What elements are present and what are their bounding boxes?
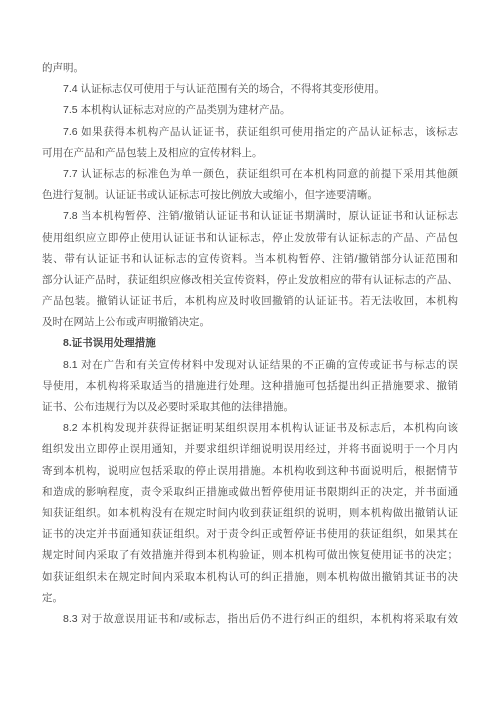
- paragraph-8-1: 8.1 对在广告和有关宣传材料中发现对认证结果的不正确的宣传或证书与标志的误 导…: [42, 355, 458, 419]
- section-heading-text: 8.证书误用处理措施: [42, 333, 458, 354]
- text-line: 知获证组织。如本机构没有在规定时间内收到获证组织的说明，则本机构做出撤销认证: [42, 503, 458, 524]
- document-page: 的声明。 7.4 认证标志仅可使用于与认证范围有关的场合，不得将其变形使用。 7…: [0, 0, 500, 707]
- document-text-column: 的声明。 7.4 认证标志仅可使用于与认证范围有关的场合，不得将其变形使用。 7…: [42, 58, 458, 630]
- text-line: 导使用，本机构将采取适当的措施进行处理。这种措施可包括提出纠正措施要求、撤销: [42, 376, 458, 397]
- paragraph-7-6: 7.6 如果获得本机构产品认证证书，获证组织可使用指定的产品认证标志，该标志 可…: [42, 122, 458, 164]
- text-line: 产品包装。撤销认证证书后，本机构应及时收回撤销的认证证书。若无法收回，本机构: [42, 291, 458, 312]
- text-line: 及时在网站上公布或声明撤销决定。: [42, 312, 458, 333]
- section-heading-8: 8.证书误用处理措施: [42, 333, 458, 354]
- text-line: 证书的决定并书面通知获证组织。对于责令纠正或暂停证书使用的获证组织，如果其在: [42, 524, 458, 545]
- text-line: 组织发出立即停止误用通知，并要求组织详细说明误用经过，并将书面说明于一个月内: [42, 439, 458, 460]
- paragraph-7-4: 7.4 认证标志仅可使用于与认证范围有关的场合，不得将其变形使用。: [42, 79, 458, 100]
- paragraph-7-7: 7.7 认证标志的标准色为单一颜色，获证组织可在本机构同意的前提下采用其他颜 色…: [42, 164, 458, 206]
- text-line: 的声明。: [42, 58, 458, 79]
- text-line: 装、带有认证证书和认证标志的宣传资料。当本机构暂停、注销/撤销部分认证范围和: [42, 249, 458, 270]
- text-line: 7.6 如果获得本机构产品认证证书，获证组织可使用指定的产品认证标志，该标志: [42, 122, 458, 143]
- text-line: 8.3 对于故意误用证书和/或标志，指出后仍不进行纠正的组织，本机构将采取有效: [42, 609, 458, 630]
- text-line: 7.4 认证标志仅可使用于与认证范围有关的场合，不得将其变形使用。: [42, 79, 458, 100]
- text-line: 8.1 对在广告和有关宣传材料中发现对认证结果的不正确的宣传或证书与标志的误: [42, 355, 458, 376]
- text-line: 8.2 本机构发现并获得证据证明某组织误用本机构认证证书及标志后，本机构向该: [42, 418, 458, 439]
- paragraph-7-3-continuation: 的声明。: [42, 58, 458, 79]
- text-line: 如获证组织未在规定时间内采取本机构认可的纠正措施，则本机构做出撤销其证书的决: [42, 567, 458, 588]
- paragraph-8-2: 8.2 本机构发现并获得证据证明某组织误用本机构认证证书及标志后，本机构向该 组…: [42, 418, 458, 609]
- text-line: 部分认证产品时，获证组织应修改相关宣传资料，停止发放相应的带有认证标志的产品、: [42, 270, 458, 291]
- text-line: 色进行复制。认证证书或认证标志可按比例放大或缩小，但字迹要清晰。: [42, 185, 458, 206]
- text-line: 可用在产品和产品包装上及相应的宣传材料上。: [42, 143, 458, 164]
- text-line: 定。: [42, 588, 458, 609]
- text-line: 7.8 当本机构暂停、注销/撤销认证证书和认证证书期满时，原认证证书和认证标志: [42, 206, 458, 227]
- paragraph-7-5: 7.5 本机构认证标志对应的产品类别为建材产品。: [42, 100, 458, 121]
- paragraph-8-3: 8.3 对于故意误用证书和/或标志，指出后仍不进行纠正的组织，本机构将采取有效: [42, 609, 458, 630]
- text-line: 证书、公布违规行为以及必要时采取其他的法律措施。: [42, 397, 458, 418]
- text-line: 7.5 本机构认证标志对应的产品类别为建材产品。: [42, 100, 458, 121]
- text-line: 和造成的影响程度，责令采取纠正措施或做出暂停使用证书限期纠正的决定，并书面通: [42, 482, 458, 503]
- text-line: 规定时间内采取了有效措施并得到本机构验证，则本机构可做出恢复使用证书的决定；: [42, 545, 458, 566]
- text-line: 使用组织应立即停止使用认证证书和认证标志，停止发放带有认证标志的产品、产品包: [42, 228, 458, 249]
- text-line: 7.7 认证标志的标准色为单一颜色，获证组织可在本机构同意的前提下采用其他颜: [42, 164, 458, 185]
- paragraph-7-8: 7.8 当本机构暂停、注销/撤销认证证书和认证证书期满时，原认证证书和认证标志 …: [42, 206, 458, 333]
- text-line: 寄到本机构，说明应包括采取的停止误用措施。本机构收到这种书面说明后，根据情节: [42, 461, 458, 482]
